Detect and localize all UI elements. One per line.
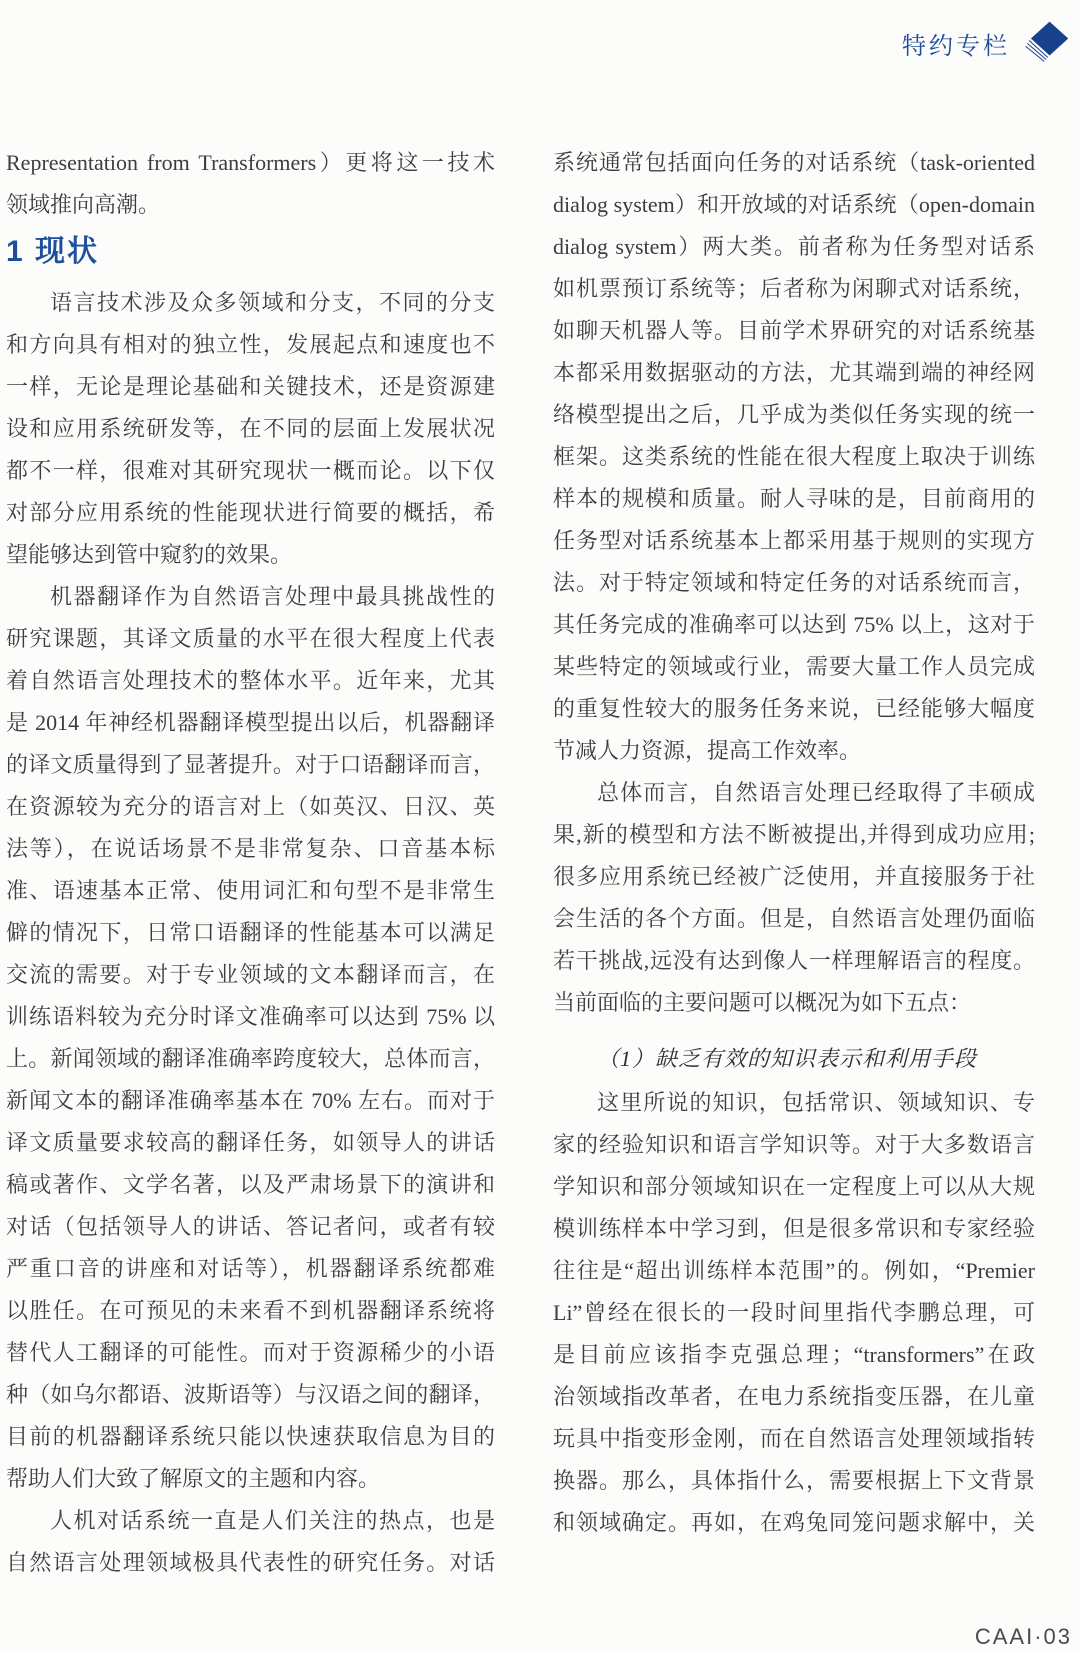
text-line: 语言技术涉及众多领域和分支，不同的分支 [6, 282, 495, 324]
text-line: 往往是“超出训练样本范围”的。例如，“Premier [553, 1250, 1035, 1292]
text-line: dialog system）和开放域的对话系统（open-domain [553, 184, 1035, 226]
text-line: 自然语言处理领域极具代表性的研究任务。对话 [6, 1542, 495, 1584]
subsection-heading: （1）缺乏有效的知识表示和利用手段 [553, 1038, 1035, 1080]
page-footer: CAAI·03 [975, 1624, 1072, 1650]
special-column-label: 特约专栏 [902, 26, 1010, 61]
text-line: 是目前应该指李克强总理；“transformers”在政 [553, 1334, 1035, 1376]
text-line: 治领域指改革者，在电力系统指变压器，在儿童 [553, 1376, 1035, 1418]
text-line: 机器翻译作为自然语言处理中最具挑战性的 [6, 576, 495, 618]
text-line: 着自然语言处理技术的整体水平。近年来，尤其 [6, 660, 495, 702]
text-line: 上。新闻领域的翻译准确率跨度较大，总体而言， [6, 1038, 495, 1080]
page-number: CAAI·03 [975, 1624, 1072, 1649]
text-line: 玩具中指变形金刚，而在自然语言处理领域指转 [553, 1418, 1035, 1460]
text-line: 种（如乌尔都语、波斯语等）与汉语之间的翻译， [6, 1374, 495, 1416]
text-line: 和方向具有相对的独立性，发展起点和速度也不 [6, 324, 495, 366]
text-line: Representation from Transformers）更将这一技术 [6, 142, 495, 184]
right-column: 系统通常包括面向任务的对话系统（task-orienteddialog syst… [553, 142, 1035, 1544]
machine-translation-paragraph: 机器翻译作为自然语言处理中最具挑战性的研究课题，其译文质量的水平在很大程度上代表… [6, 576, 495, 1500]
text-line: 稿或著作、文学名著，以及严肃场景下的演讲和 [6, 1164, 495, 1206]
text-line: 领域推向高潮。 [6, 184, 495, 226]
summary-paragraph: 总体而言，自然语言处理已经取得了丰硕成果,新的模型和方法不断被提出,并得到成功应… [553, 772, 1035, 1024]
text-line: 模训练样本中学习到，但是很多常识和专家经验 [553, 1208, 1035, 1250]
text-line: 若干挑战,远没有达到像人一样理解语言的程度。 [553, 940, 1035, 982]
text-line: 准、语速基本正常、使用词汇和句型不是非常生 [6, 870, 495, 912]
text-line: 望能够达到管中窥豹的效果。 [6, 534, 495, 576]
text-line: 训练语料较为充分时译文准确率可以达到 75% 以 [6, 996, 495, 1038]
text-line: 换器。那么，具体指什么，需要根据上下文背景 [553, 1460, 1035, 1502]
text-line: 人机对话系统一直是人们关注的热点，也是 [6, 1500, 495, 1542]
text-line: 目前的机器翻译系统只能以快速获取信息为目的 [6, 1416, 495, 1458]
text-line: 严重口音的讲座和对话等），机器翻译系统都难 [6, 1248, 495, 1290]
text-line: 交流的需要。对于专业领域的文本翻译而言，在 [6, 954, 495, 996]
text-line: 某些特定的领域或行业，需要大量工作人员完成 [553, 646, 1035, 688]
text-line: 家的经验知识和语言学知识等。对于大多数语言 [553, 1124, 1035, 1166]
left-column: Representation from Transformers）更将这一技术领… [6, 142, 495, 1584]
text-line: 本都采用数据驱动的方法，尤其端到端的神经网 [553, 352, 1035, 394]
text-line: 法。对于特定领域和特定任务的对话系统而言， [553, 562, 1035, 604]
text-line: 其任务完成的准确率可以达到 75% 以上，这对于 [553, 604, 1035, 646]
text-line: 系统通常包括面向任务的对话系统（task-oriented [553, 142, 1035, 184]
text-line: 学知识和部分领域知识在一定程度上可以从大规 [553, 1166, 1035, 1208]
text-line: 是 2014 年神经机器翻译模型提出以后，机器翻译 [6, 702, 495, 744]
text-line: dialog system）两大类。前者称为任务型对话系统， [553, 226, 1035, 268]
text-line: 节减人力资源，提高工作效率。 [553, 730, 1035, 772]
text-line: 以胜任。在可预见的未来看不到机器翻译系统将 [6, 1290, 495, 1332]
text-line: 都不一样，很难对其研究现状一概而论。以下仅 [6, 450, 495, 492]
text-line: 框架。这类系统的性能在很大程度上取决于训练 [553, 436, 1035, 478]
page-header: 特约专栏 [902, 16, 1070, 70]
text-line: 很多应用系统已经被广泛使用，并直接服务于社 [553, 856, 1035, 898]
text-line: 新闻文本的翻译准确率基本在 70% 左右。而对于 [6, 1080, 495, 1122]
overview-paragraph: 语言技术涉及众多领域和分支，不同的分支和方向具有相对的独立性，发展起点和速度也不… [6, 282, 495, 576]
text-line: 会生活的各个方面。但是，自然语言处理仍面临 [553, 898, 1035, 940]
dialog-paragraph-start: 人机对话系统一直是人们关注的热点，也是自然语言处理领域极具代表性的研究任务。对话 [6, 1500, 495, 1584]
text-line: 的重复性较大的服务任务来说，已经能够大幅度 [553, 688, 1035, 730]
text-line: 对部分应用系统的性能现状进行简要的概括，希 [6, 492, 495, 534]
text-line: 任务型对话系统基本上都采用基于规则的实现方 [553, 520, 1035, 562]
text-line: 法等），在说话场景不是非常复杂、口音基本标 [6, 828, 495, 870]
text-line: 替代人工翻译的可能性。而对于资源稀少的小语 [6, 1332, 495, 1374]
text-line: 对话（包括领导人的讲话、答记者问，或者有较 [6, 1206, 495, 1248]
text-line: 帮助人们大致了解原文的主题和内容。 [6, 1458, 495, 1500]
intro-paragraph: Representation from Transformers）更将这一技术领… [6, 142, 495, 226]
text-line: 如聊天机器人等。目前学术界研究的对话系统基 [553, 310, 1035, 352]
section-heading: 1 现状 [6, 234, 495, 270]
text-line: 样本的规模和质量。耐人寻味的是，目前商用的 [553, 478, 1035, 520]
text-line: 一样，无论是理论基础和关键技术，还是资源建 [6, 366, 495, 408]
diamond-icon [1022, 16, 1070, 70]
text-line: Li”曾经在很长的一段时间里指代李鹏总理，可 [553, 1292, 1035, 1334]
text-line: 在资源较为充分的语言对上（如英汉、日汉、英 [6, 786, 495, 828]
knowledge-paragraph: 这里所说的知识，包括常识、领域知识、专家的经验知识和语言学知识等。对于大多数语言… [553, 1082, 1035, 1544]
text-line: 总体而言，自然语言处理已经取得了丰硕成 [553, 772, 1035, 814]
text-line: 的译文质量得到了显著提升。对于口语翻译而言， [6, 744, 495, 786]
text-line: 如机票预订系统等；后者称为闲聊式对话系统， [553, 268, 1035, 310]
text-line: 设和应用系统研发等，在不同的层面上发展状况 [6, 408, 495, 450]
text-line: 果,新的模型和方法不断被提出,并得到成功应用; [553, 814, 1035, 856]
text-line: 这里所说的知识，包括常识、领域知识、专 [553, 1082, 1035, 1124]
dialog-paragraph-continued: 系统通常包括面向任务的对话系统（task-orienteddialog syst… [553, 142, 1035, 772]
text-line: 络模型提出之后，几乎成为类似任务实现的统一 [553, 394, 1035, 436]
text-line: 研究课题，其译文质量的水平在很大程度上代表 [6, 618, 495, 660]
text-line: 和领域确定。再如，在鸡兔同笼问题求解中，关 [553, 1502, 1035, 1544]
text-line: 译文质量要求较高的翻译任务，如领导人的讲话 [6, 1122, 495, 1164]
text-line: 当前面临的主要问题可以概况为如下五点： [553, 982, 1035, 1024]
text-line: 僻的情况下，日常口语翻译的性能基本可以满足 [6, 912, 495, 954]
